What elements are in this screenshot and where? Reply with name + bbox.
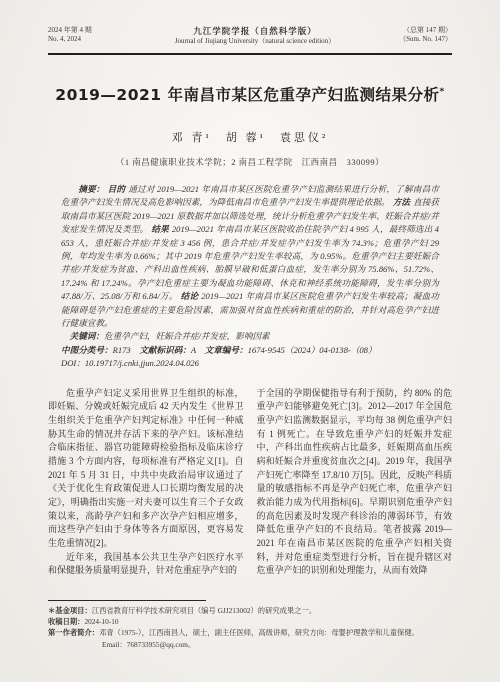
- authors-line: 邓 青¹ 胡 蓉¹ 袁思仪²: [48, 129, 452, 145]
- journal-title-en: Journal of Jiujiang University（natural s…: [168, 37, 342, 46]
- author-bio-text: 邓青（1975-），江西南昌人，硕士，副主任医师，高级讲师，研究方向：母婴护理教…: [99, 628, 419, 637]
- serial-en: （Sum. No. 147）: [342, 35, 452, 44]
- issue-en: No. 4, 2024: [48, 35, 168, 44]
- right-column: 于全国的孕期保健指导有利于预防，约 80% 的危重孕产妇能够避免死亡[3]。20…: [257, 387, 453, 578]
- article-title-text: 2019—2021 年南昌市某区危重孕产妇监测结果分析: [55, 86, 439, 104]
- article-title: 2019—2021 年南昌市某区危重孕产妇监测结果分析*: [48, 83, 452, 105]
- body-paragraph-1: 危重孕产妇定义采用世界卫生组织的标准，即妊娠、分娩或妊娠完成后 42 天内发生《…: [48, 387, 244, 551]
- fund-text: 江西省教育厅科学技术研究项目（编号 GJJ213002）的研究成果之一。: [92, 606, 316, 615]
- email-text: 768733955@qq.com。: [127, 640, 196, 649]
- classification-line: 中图分类号：R173 文献标识码：A 文章编号：1674-9545（2024）0…: [61, 344, 439, 357]
- doc-code-value: A: [191, 345, 196, 355]
- footnote-rule: [48, 600, 206, 601]
- journal-header: 2024 年第 4 期 No. 4, 2024 九江学院学报（自然科学版） Jo…: [48, 26, 452, 47]
- doi-value: 10.19717/j.cnki.jjun.2024.04.026: [85, 358, 199, 368]
- abstract-results-label: 结果: [151, 224, 168, 234]
- footnote-email-line: Email：768733955@qq.com。: [102, 639, 452, 650]
- received-text: 2024-10-10: [84, 617, 118, 626]
- body-paragraph-2: 近年来，我国基本公共卫生孕产妇医疗水平和保健服务质量明显提升，针对危重症孕产妇的: [48, 551, 244, 578]
- body-columns: 危重孕产妇定义采用世界卫生组织的标准，即妊娠、分娩或妊娠完成后 42 天内发生《…: [48, 387, 452, 578]
- header-issue-info: 2024 年第 4 期 No. 4, 2024: [48, 26, 168, 45]
- doc-code-label: 文献标识码：: [139, 345, 191, 355]
- title-footnote-mark: *: [439, 87, 444, 97]
- header-journal-title: 九江学院学报（自然科学版） Journal of Jiujiang Univer…: [168, 26, 342, 47]
- abstract-methods-label: 方法: [393, 197, 410, 207]
- header-rule: [48, 53, 452, 55]
- received-label: 收稿日期：: [48, 617, 84, 626]
- abstract-block: 摘要：目的通过对 2019—2021 年南昌市某区医院危重孕产妇监测结果进行分析…: [61, 183, 439, 371]
- affiliation-line: （1 南昌健康职业技术学院；2 南昌工程学院 江西南昌 330099）: [48, 156, 452, 168]
- abstract-results-text: 2019—2021 年南昌市某区医院收治住院孕产妇 4 995 人，最终筛选出 …: [61, 224, 439, 301]
- keywords-label: 关键词：: [70, 331, 104, 341]
- article-no-value: 1674-9545（2024）04-0138-（08）: [248, 345, 377, 355]
- doi-label: DOI：: [61, 358, 85, 368]
- footnote-block: ＊基金项目：江西省教育厅科学技术研究项目（编号 GJJ213002）的研究成果之…: [48, 600, 452, 650]
- clc-label: 中图分类号：: [61, 345, 113, 355]
- abstract-paragraph: 摘要：目的通过对 2019—2021 年南昌市某区医院危重孕产妇监测结果进行分析…: [61, 183, 439, 330]
- fund-label: ＊基金项目：: [48, 606, 92, 615]
- body-paragraph-3: 于全国的孕期保健指导有利于预防，约 80% 的危重孕产妇能够避免死亡[3]。20…: [257, 387, 453, 578]
- email-label: Email：: [102, 640, 127, 649]
- footnote-fund-line: ＊基金项目：江西省教育厅科学技术研究项目（编号 GJJ213002）的研究成果之…: [48, 605, 452, 616]
- clc-value: R173: [113, 345, 131, 355]
- keywords-line: 关键词：危重孕产妇，妊娠合并症/并发症，影响因素: [61, 330, 439, 343]
- serial-cn: （总第 147 期）: [342, 26, 452, 35]
- abstract-conclusion-label: 结论: [181, 291, 199, 301]
- scanned-paper-page: 2024 年第 4 期 No. 4, 2024 九江学院学报（自然科学版） Jo…: [0, 0, 500, 682]
- header-serial-info: （总第 147 期） （Sum. No. 147）: [342, 26, 452, 45]
- abstract-label: 摘要：: [78, 184, 104, 194]
- left-column: 危重孕产妇定义采用世界卫生组织的标准，即妊娠、分娩或妊娠完成后 42 天内发生《…: [48, 387, 244, 578]
- abstract-objective-label: 目的: [108, 184, 126, 194]
- article-no-label: 文章编号：: [205, 345, 248, 355]
- keywords-text: 危重孕产妇，妊娠合并症/并发症，影响因素: [104, 331, 270, 341]
- issue-cn: 2024 年第 4 期: [48, 26, 168, 35]
- footnote-author-bio-line: 第一作者简介：邓青（1975-），江西南昌人，硕士，副主任医师，高级讲师，研究方…: [48, 627, 452, 638]
- footnote-received-line: 收稿日期：2024-10-10: [48, 616, 452, 627]
- doi-line: DOI：10.19717/j.cnki.jjun.2024.04.026: [61, 357, 439, 370]
- author-bio-label: 第一作者简介：: [48, 628, 99, 637]
- journal-title-cn: 九江学院学报（自然科学版）: [168, 26, 342, 37]
